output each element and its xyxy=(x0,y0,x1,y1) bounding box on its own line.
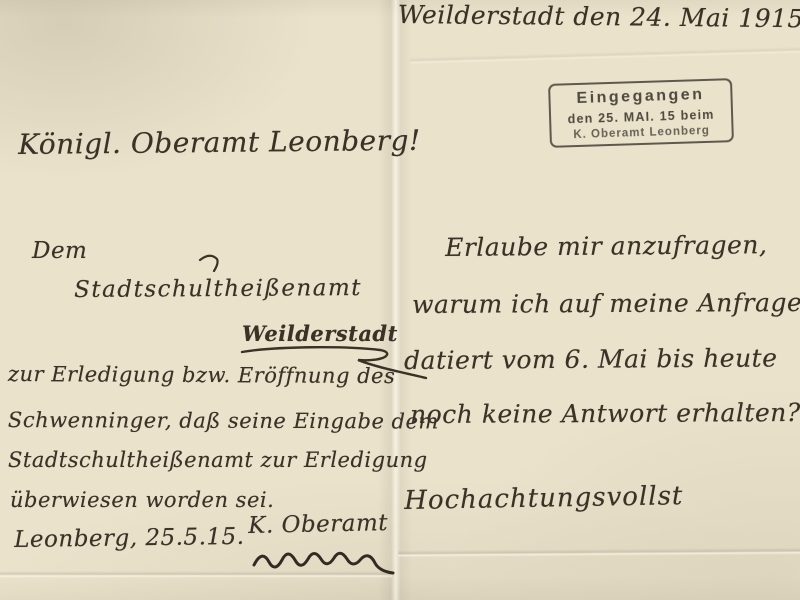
horizontal-crease-top-right xyxy=(410,47,800,65)
insertion-caret-mark xyxy=(196,254,222,274)
stamp-line-2: den 25. MAI. 15 beim xyxy=(557,107,725,126)
received-stamp: Eingegangen den 25. MAI. 15 beim K. Ober… xyxy=(548,78,734,148)
body-line: Schwenninger, daß seine Eingabe dem xyxy=(8,408,439,434)
horizontal-crease-left xyxy=(0,571,392,578)
body-line: überwiesen worden sei. xyxy=(10,488,274,512)
address-office: Stadtschultheißenamt xyxy=(74,275,362,303)
address-intro: Dem xyxy=(32,238,87,264)
place-date-line: Leonberg, 25.5.15. xyxy=(14,524,245,553)
stamp-line-1: Eingegangen xyxy=(556,85,724,108)
body-line: zur Erledigung bzw. Eröffnung des xyxy=(8,362,395,388)
body-line: noch keine Antwort erhalten? xyxy=(410,398,800,429)
body-line: Stadtschultheißenamt zur Erledigung xyxy=(8,448,428,472)
signature-office: K. Oberamt xyxy=(248,510,388,539)
dateline: Weilderstadt den 24. Mai 1915. xyxy=(398,0,800,33)
signature-scribble xyxy=(250,543,400,581)
closing-line: Hochachtungsvollst xyxy=(404,481,684,516)
body-line: Erlaube mir anzufragen, xyxy=(445,230,768,262)
stamp-line-3: K. Oberamt Leonberg xyxy=(557,124,725,141)
salutation-line: Königl. Oberamt Leonberg! xyxy=(18,124,421,161)
body-line: warum ich auf meine Anfrage, xyxy=(412,288,800,319)
inserted-place-word: Weilderstadt xyxy=(242,321,398,346)
scanned-letter: Königl. Oberamt Leonberg! Dem Stadtschul… xyxy=(0,0,800,600)
body-line: datiert vom 6. Mai bis heute xyxy=(404,343,778,375)
horizontal-crease-right xyxy=(398,548,800,558)
